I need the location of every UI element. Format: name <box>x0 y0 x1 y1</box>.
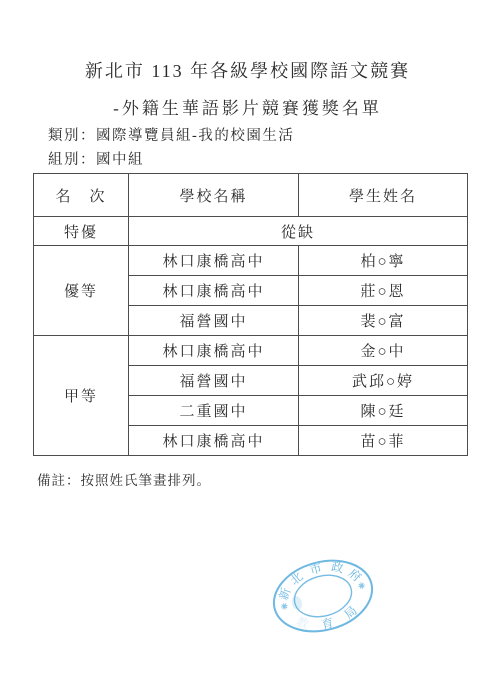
rank-cell: 甲等 <box>34 336 129 456</box>
school-cell: 林口康橋高中 <box>129 336 299 366</box>
school-cell: 林口康橋高中 <box>129 426 299 456</box>
seal-char: 北 <box>287 569 305 587</box>
school-cell: 林口康橋高中 <box>129 276 299 306</box>
table-header-row: 名 次 學校名稱 學生姓名 <box>34 174 468 217</box>
info-block: 類別：國際導覽員組-我的校園生活 組別：國中組 <box>48 124 294 172</box>
table-row: 優等 林口康橋高中 柏○寧 <box>34 246 468 276</box>
student-cell: 柏○寧 <box>299 246 468 276</box>
results-table: 名 次 學校名稱 學生姓名 特優 從缺 優等 林口康橋高中 柏○寧 林口康橋高中… <box>33 173 468 456</box>
category-label: 類別： <box>48 128 96 144</box>
student-cell: 莊○恩 <box>299 276 468 306</box>
seal-char: 新 <box>276 586 293 602</box>
header-student: 學生姓名 <box>299 174 468 217</box>
seal-char: 市 <box>308 561 323 578</box>
student-cell: 陳○廷 <box>299 396 468 426</box>
student-cell: 金○中 <box>299 336 468 366</box>
seal-rosette-icon <box>280 602 288 610</box>
table-row: 特優 從缺 <box>34 217 468 246</box>
seal-char: 局 <box>342 603 360 621</box>
group-value: 國中組 <box>96 152 144 168</box>
seal-char: 府 <box>346 566 364 584</box>
school-cell: 福營國中 <box>129 306 299 336</box>
group-label: 組別： <box>48 152 96 168</box>
school-cell: 福營國中 <box>129 366 299 396</box>
school-cell: 二重國中 <box>129 396 299 426</box>
group-line: 組別：國中組 <box>48 148 294 172</box>
seal-char: 教 <box>295 614 311 632</box>
seal-char: 政 <box>330 559 344 576</box>
category-value: 國際導覽員組-我的校園生活 <box>96 128 294 144</box>
rank-cell: 優等 <box>34 246 129 336</box>
student-cell: 裴○富 <box>299 306 468 336</box>
document-subtitle: -外籍生華語影片競賽獲獎名單 <box>0 94 495 119</box>
rank-cell: 特優 <box>34 217 129 246</box>
seal-inner-ring <box>290 569 356 623</box>
footnote: 備註：按照姓氏筆畫排列。 <box>37 469 211 489</box>
seal-char: 育 <box>320 615 335 632</box>
official-seal-stamp: 新 北 市 政 府 教 育 局 <box>253 534 393 654</box>
header-rank: 名 次 <box>34 174 129 217</box>
document-page: 新北市 113 年各級學校國際語文競賽 -外籍生華語影片競賽獲獎名單 類別：國際… <box>0 0 495 700</box>
document-title: 新北市 113 年各級學校國際語文競賽 <box>0 57 495 83</box>
category-line: 類別：國際導覽員組-我的校園生活 <box>48 124 294 148</box>
table-row: 甲等 林口康橋高中 金○中 <box>34 336 468 366</box>
seal-ink-smudge <box>290 595 303 611</box>
school-cell: 林口康橋高中 <box>129 246 299 276</box>
seal-rosette-icon <box>358 582 366 590</box>
result-cell: 從缺 <box>129 217 468 246</box>
student-cell: 苗○菲 <box>299 426 468 456</box>
header-school: 學校名稱 <box>129 174 299 217</box>
student-cell: 武邱○婷 <box>299 366 468 396</box>
seal-outer-ring <box>266 550 380 642</box>
